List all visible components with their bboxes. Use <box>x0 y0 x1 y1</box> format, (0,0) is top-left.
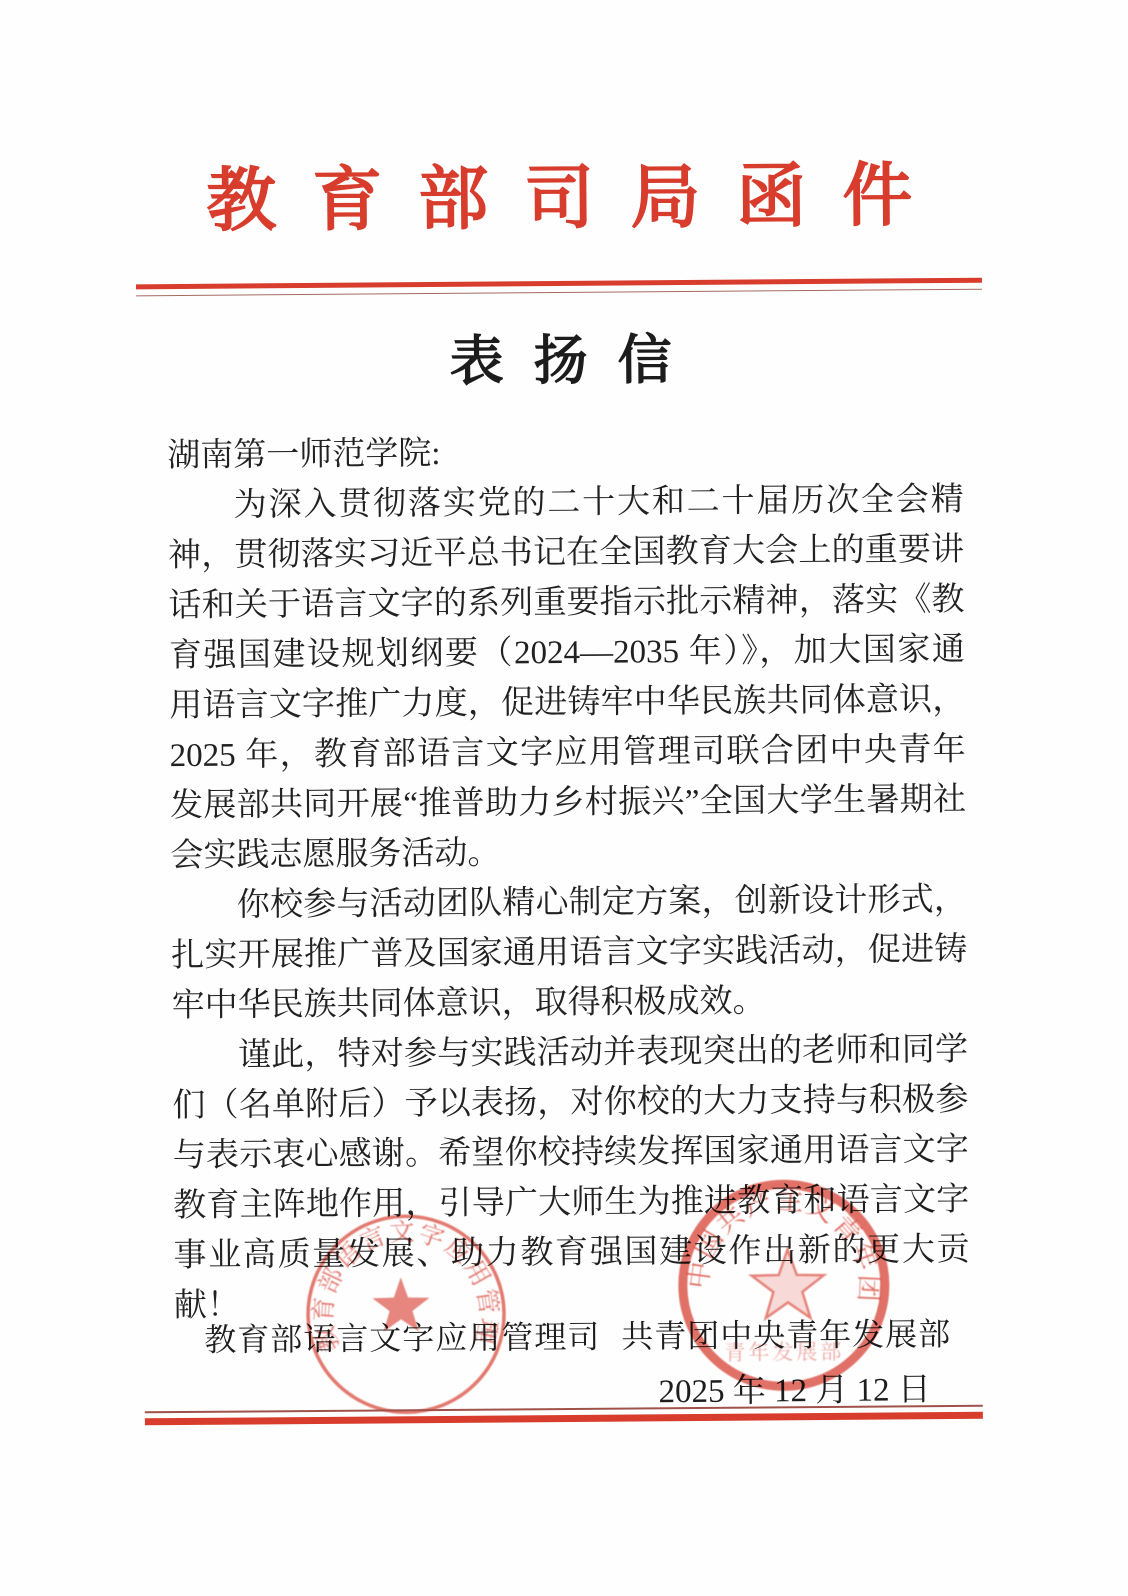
divider-thick-line <box>145 1412 983 1426</box>
official-seal-left: 教育部语言文字应用管理司 <box>300 1208 512 1420</box>
footer-divider <box>145 1405 983 1426</box>
letterhead-text: 教育部司局函件 <box>206 155 949 245</box>
official-seal-right: 中国共产主义青年团 青年发展部 <box>668 1169 900 1401</box>
paragraph-1: 为深入贯彻落实党的二十大和二十届历次全会精神，贯彻落实习近平总书记在全国教育大会… <box>167 475 966 881</box>
letterhead-divider <box>136 278 982 297</box>
document-title-text: 表扬信 <box>449 317 702 396</box>
divider-thin-line <box>136 289 982 297</box>
seal-bottom-text: 青年发展部 <box>724 1340 844 1365</box>
scanned-page: 教育部司局函件 表扬信 湖南第一师范学院: 为深入贯彻落实党的二十大和二十届历次… <box>0 0 1128 1596</box>
seal-star-icon <box>751 1249 824 1318</box>
letterhead-title: 教育部司局函件 <box>0 154 1124 247</box>
seal-star-icon <box>372 1277 429 1332</box>
paragraph-2: 你校参与活动团队精心制定方案，创新设计形式，扎实开展推广普及国家通用语言文字实践… <box>171 875 968 1031</box>
document-title: 表扬信 <box>0 314 1125 400</box>
letter-sheet: 教育部司局函件 表扬信 湖南第一师范学院: 为深入贯彻落实党的二十大和二十届历次… <box>0 0 1128 1596</box>
seal-arc-text: 教育部语言文字应用管理司 <box>309 1217 504 1355</box>
salutation: 湖南第一师范学院: <box>167 425 963 481</box>
divider-thick-line <box>136 278 982 290</box>
